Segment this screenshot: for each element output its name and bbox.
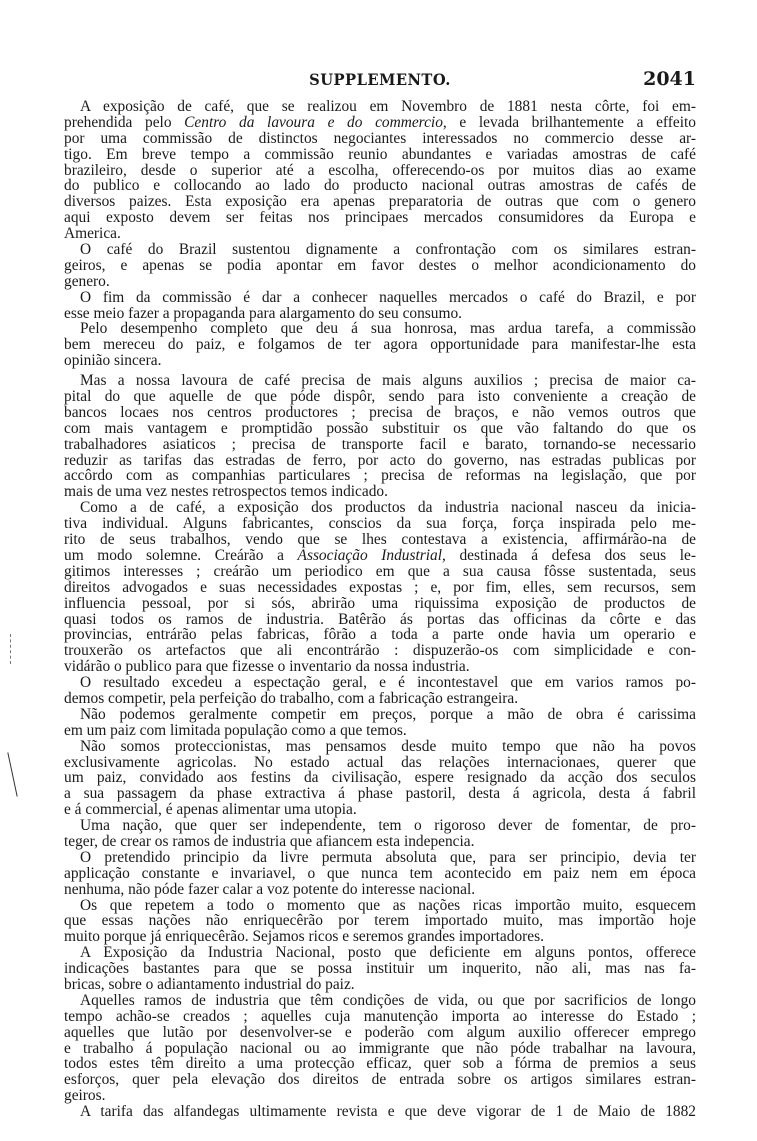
text-run: diversos paizes. Esta exposição era apen… bbox=[64, 193, 696, 210]
text-line: muito porque já enriquecêrão. Sejamos ri… bbox=[64, 929, 696, 945]
paragraph: A exposição de café, que se realizou em … bbox=[64, 99, 696, 242]
text-run: aqui exposto devem ser feitas nos princi… bbox=[64, 209, 696, 226]
text-run: geiros, e apenas se podia apontar em fav… bbox=[64, 257, 696, 274]
text-line: pital do que aquelle de que póde dispôr,… bbox=[64, 389, 696, 405]
text-line: influencia pessoal, por si sós, abrirão … bbox=[64, 596, 696, 612]
text-line: e trabalho á população nacional ou ao im… bbox=[64, 1041, 696, 1057]
text-run: do publico e collocando ao lado do produ… bbox=[64, 177, 696, 194]
text-line: exclusivamente agricolas. No estado actu… bbox=[64, 755, 696, 771]
text-run: direitos advogados e suas necessidades e… bbox=[64, 579, 696, 596]
text-run: por uma commissão de distinctos negocian… bbox=[64, 130, 696, 147]
text-line: reduzir as tarifas das estradas de ferro… bbox=[64, 453, 696, 469]
text-run: vidárão o publico para que fizesse o inv… bbox=[64, 658, 470, 675]
paragraph: Mas a nossa lavoura de café precisa de m… bbox=[64, 373, 696, 500]
paragraph: Não somos proteccionistas, mas pensamos … bbox=[64, 739, 696, 818]
text-run: que essas nações não enriquecêrão por te… bbox=[64, 912, 696, 929]
text-run: tigo. Em breve tempo a commissão reunio … bbox=[64, 146, 696, 163]
text-run: rito de seus trabalhos, vendo que se lhe… bbox=[64, 531, 696, 548]
text-run: muito porque já enriquecêrão. Sejamos ri… bbox=[64, 928, 544, 945]
text-line: Não somos proteccionistas, mas pensamos … bbox=[64, 739, 696, 755]
text-run: esse meio fazer a propaganda para alarga… bbox=[64, 305, 462, 322]
text-run: , e levada brilhantemente a effeito bbox=[443, 114, 696, 131]
text-line: mais de uma vez nestes retrospectos temo… bbox=[64, 484, 696, 500]
text-line: a sua passagem da phase extractiva á pha… bbox=[64, 786, 696, 802]
text-run: em um paiz com limitada população como a… bbox=[64, 722, 407, 739]
text-run: Não podemos geralmente competir em preço… bbox=[80, 706, 696, 723]
text-run: reduzir as tarifas das estradas de ferro… bbox=[64, 452, 696, 469]
text-line: em um paiz com limitada população como a… bbox=[64, 723, 696, 739]
text-line: bancos locaes nos centros productores ; … bbox=[64, 405, 696, 421]
paragraph: Não podemos geralmente competir em preço… bbox=[64, 707, 696, 739]
text-run: demos competir, pela perfeição do trabal… bbox=[64, 690, 518, 707]
text-line: rito de seus trabalhos, vendo que se lhe… bbox=[64, 532, 696, 548]
text-line: geiros. bbox=[64, 1088, 696, 1104]
text-line: Aquelles ramos de industria que têm cond… bbox=[64, 993, 696, 1009]
text-run: mais de uma vez nestes retrospectos temo… bbox=[64, 483, 388, 500]
text-line: O resultado excedeu a espectação geral, … bbox=[64, 675, 696, 691]
text-run: pital do que aquelle de que póde dispôr,… bbox=[64, 388, 696, 405]
text-run: genero. bbox=[64, 273, 110, 290]
text-run: A Exposição da Industria Nacional, posto… bbox=[80, 944, 696, 961]
text-run: Mas a nossa lavoura de café precisa de m… bbox=[80, 372, 696, 389]
text-run: O pretendido principio da livre permuta … bbox=[80, 849, 696, 866]
paragraph: A Exposição da Industria Nacional, posto… bbox=[64, 945, 696, 993]
text-line: A exposição de café, que se realizou em … bbox=[64, 99, 696, 115]
text-line: e á commercial, é apenas alimentar uma u… bbox=[64, 802, 696, 818]
text-run: tempo achão-se creados ; aquelles cuja m… bbox=[64, 1008, 696, 1025]
text-run: gitimos interesses ; creárão um periodic… bbox=[64, 563, 696, 580]
text-run: A tarifa das alfandegas ultimamente revi… bbox=[80, 1103, 696, 1120]
text-line: diversos paizes. Esta exposição era apen… bbox=[64, 194, 696, 210]
margin-pencil-bracket bbox=[7, 752, 17, 796]
text-run: bricas, sobre o adiantamento industrial … bbox=[64, 976, 355, 993]
text-run: bancos locaes nos centros productores ; … bbox=[64, 404, 696, 421]
text-line: tempo achão-se creados ; aquelles cuja m… bbox=[64, 1009, 696, 1025]
page-number: 2041 bbox=[643, 68, 696, 90]
text-line: Pelo desempenho completo que deu á sua h… bbox=[64, 321, 696, 337]
text-run: tiva individual. Alguns fabricantes, con… bbox=[64, 515, 696, 532]
paragraph: Aquelles ramos de industria que têm cond… bbox=[64, 993, 696, 1104]
text-line: O café do Brazil sustentou dignamente a … bbox=[64, 242, 696, 258]
text-line: um modo solemne. Creárão a Associação In… bbox=[64, 548, 696, 564]
text-run: Aquelles ramos de industria que têm cond… bbox=[80, 992, 696, 1009]
text-run: um modo solemne. Creárão a bbox=[64, 547, 298, 564]
text-run: quasi todos os ramos de industria. Batêr… bbox=[64, 611, 696, 628]
text-line: nenhuma, não póde fazer calar a voz pote… bbox=[64, 882, 696, 898]
paragraph: O fim da commissão é dar a conhecer naqu… bbox=[64, 290, 696, 322]
text-run: provincias, entrárão pelas fabricas, fôr… bbox=[64, 626, 696, 643]
text-line: brazileiro, desde o superior até a escol… bbox=[64, 163, 696, 179]
text-line: esforços, quer pela elevação dos direito… bbox=[64, 1072, 696, 1088]
text-run: e á commercial, é apenas alimentar uma u… bbox=[64, 801, 357, 818]
text-line: vidárão o publico para que fizesse o inv… bbox=[64, 659, 696, 675]
text-run: Não somos proteccionistas, mas pensamos … bbox=[80, 738, 696, 755]
text-line: um paiz, convidado aos festins da civili… bbox=[64, 770, 696, 786]
scanned-page: SUPPLEMENTO. 2041 A exposição de café, q… bbox=[0, 0, 757, 1141]
text-run: A exposição de café, que se realizou em … bbox=[80, 98, 696, 115]
text-line: Não podemos geralmente competir em preço… bbox=[64, 707, 696, 723]
text-line: Como a de café, a exposição dos producto… bbox=[64, 500, 696, 516]
margin-pencil-mark bbox=[10, 634, 11, 664]
text-run: prehendida pelo bbox=[64, 114, 184, 131]
text-line: por uma commissão de distinctos negocian… bbox=[64, 131, 696, 147]
paragraph: Os que repetem a todo o momento que as n… bbox=[64, 898, 696, 946]
text-run: O fim da commissão é dar a conhecer naqu… bbox=[80, 289, 696, 306]
page-header: SUPPLEMENTO. 2041 bbox=[64, 70, 696, 92]
text-line: trabalhadores asiaticos ; precisa de tra… bbox=[64, 437, 696, 453]
text-run: exclusivamente agricolas. No estado actu… bbox=[64, 754, 696, 771]
paragraph: A tarifa das alfandegas ultimamente revi… bbox=[64, 1104, 696, 1120]
text-run: Uma nação, que quer ser independente, te… bbox=[80, 817, 696, 834]
text-line: indicações bastantes para que se possa i… bbox=[64, 961, 696, 977]
text-run: Pelo desempenho completo que deu á sua h… bbox=[80, 320, 696, 337]
paragraph: Como a de café, a exposição dos producto… bbox=[64, 500, 696, 675]
text-run: opinião sincera. bbox=[64, 352, 161, 369]
text-line: tiva individual. Alguns fabricantes, con… bbox=[64, 516, 696, 532]
text-run: O café do Brazil sustentou dignamente a … bbox=[80, 241, 696, 258]
text-run: Como a de café, a exposição dos producto… bbox=[80, 499, 696, 516]
text-line: bricas, sobre o adiantamento industrial … bbox=[64, 977, 696, 993]
text-line: A Exposição da Industria Nacional, posto… bbox=[64, 945, 696, 961]
text-line: Uma nação, que quer ser independente, te… bbox=[64, 818, 696, 834]
paragraph: O pretendido principio da livre permuta … bbox=[64, 850, 696, 898]
text-run: com mais vantagem e promptidão possão su… bbox=[64, 420, 696, 437]
text-line: O pretendido principio da livre permuta … bbox=[64, 850, 696, 866]
text-run: nenhuma, não póde fazer calar a voz pote… bbox=[64, 881, 475, 898]
running-head: SUPPLEMENTO. bbox=[89, 70, 670, 89]
text-line: accôrdo com as companhias particulares ;… bbox=[64, 468, 696, 484]
text-line: prehendida pelo Centro da lavoura e do c… bbox=[64, 115, 696, 131]
text-run: aquelles que lutão por desenvolver-se e … bbox=[64, 1024, 696, 1041]
text-line: trouxerão os artefactos que ali encontrá… bbox=[64, 643, 696, 659]
text-run: , destinada á defesa dos seus le- bbox=[442, 547, 696, 564]
text-run: trabalhadores asiaticos ; precisa de tra… bbox=[64, 436, 696, 453]
text-line: O fim da commissão é dar a conhecer naqu… bbox=[64, 290, 696, 306]
text-line: Mas a nossa lavoura de café precisa de m… bbox=[64, 373, 696, 389]
text-line: do publico e collocando ao lado do produ… bbox=[64, 178, 696, 194]
paragraph: O café do Brazil sustentou dignamente a … bbox=[64, 242, 696, 290]
text-run: teger, de crear os ramos de industria qu… bbox=[64, 833, 474, 850]
text-run: geiros. bbox=[64, 1087, 105, 1104]
text-line: esse meio fazer a propaganda para alarga… bbox=[64, 306, 696, 322]
text-run: e trabalho á população nacional ou ao im… bbox=[64, 1040, 696, 1057]
text-line: teger, de crear os ramos de industria qu… bbox=[64, 834, 696, 850]
text-run: esforços, quer pela elevação dos direito… bbox=[64, 1071, 696, 1088]
text-line: A tarifa das alfandegas ultimamente revi… bbox=[64, 1104, 696, 1120]
text-run: a sua passagem da phase extractiva á pha… bbox=[64, 785, 696, 802]
text-line: direitos advogados e suas necessidades e… bbox=[64, 580, 696, 596]
text-run: indicações bastantes para que se possa i… bbox=[64, 960, 696, 977]
text-line: aqui exposto devem ser feitas nos princi… bbox=[64, 210, 696, 226]
italic-title: Centro da lavoura e do commercio bbox=[184, 114, 443, 131]
paragraph: Pelo desempenho completo que deu á sua h… bbox=[64, 321, 696, 369]
text-run: influencia pessoal, por si sós, abrirão … bbox=[64, 595, 696, 612]
text-line: America. bbox=[64, 226, 696, 242]
text-line: genero. bbox=[64, 274, 696, 290]
text-run: bem mereceu do paiz, e folgamos de ter a… bbox=[64, 336, 696, 353]
text-run: accôrdo com as companhias particulares ;… bbox=[64, 467, 696, 484]
text-line: gitimos interesses ; creárão um periodic… bbox=[64, 564, 696, 580]
text-line: todos estes têm direito a uma protecção … bbox=[64, 1056, 696, 1072]
italic-title: Associação Industrial bbox=[298, 547, 442, 564]
paragraph: Uma nação, que quer ser independente, te… bbox=[64, 818, 696, 850]
text-run: todos estes têm direito a uma protecção … bbox=[64, 1055, 696, 1072]
text-line: demos competir, pela perfeição do trabal… bbox=[64, 691, 696, 707]
text-line: geiros, e apenas se podia apontar em fav… bbox=[64, 258, 696, 274]
text-line: applicação constante e invariavel, o que… bbox=[64, 866, 696, 882]
text-run: O resultado excedeu a espectação geral, … bbox=[80, 674, 696, 691]
text-line: que essas nações não enriquecêrão por te… bbox=[64, 913, 696, 929]
text-line: Os que repetem a todo o momento que as n… bbox=[64, 898, 696, 914]
text-run: applicação constante e invariavel, o que… bbox=[64, 865, 696, 882]
text-line: aquelles que lutão por desenvolver-se e … bbox=[64, 1025, 696, 1041]
body-text: A exposição de café, que se realizou em … bbox=[64, 99, 696, 1120]
text-run: um paiz, convidado aos festins da civili… bbox=[64, 769, 696, 786]
text-run: Os que repetem a todo o momento que as n… bbox=[80, 897, 696, 914]
text-run: brazileiro, desde o superior até a escol… bbox=[64, 162, 696, 179]
text-line: provincias, entrárão pelas fabricas, fôr… bbox=[64, 627, 696, 643]
text-run: America. bbox=[64, 225, 121, 242]
text-line: tigo. Em breve tempo a commissão reunio … bbox=[64, 147, 696, 163]
text-line: opinião sincera. bbox=[64, 353, 696, 369]
text-line: bem mereceu do paiz, e folgamos de ter a… bbox=[64, 337, 696, 353]
text-line: quasi todos os ramos de industria. Batêr… bbox=[64, 612, 696, 628]
text-run: trouxerão os artefactos que ali encontrá… bbox=[64, 642, 696, 659]
paragraph: O resultado excedeu a espectação geral, … bbox=[64, 675, 696, 707]
text-line: com mais vantagem e promptidão possão su… bbox=[64, 421, 696, 437]
